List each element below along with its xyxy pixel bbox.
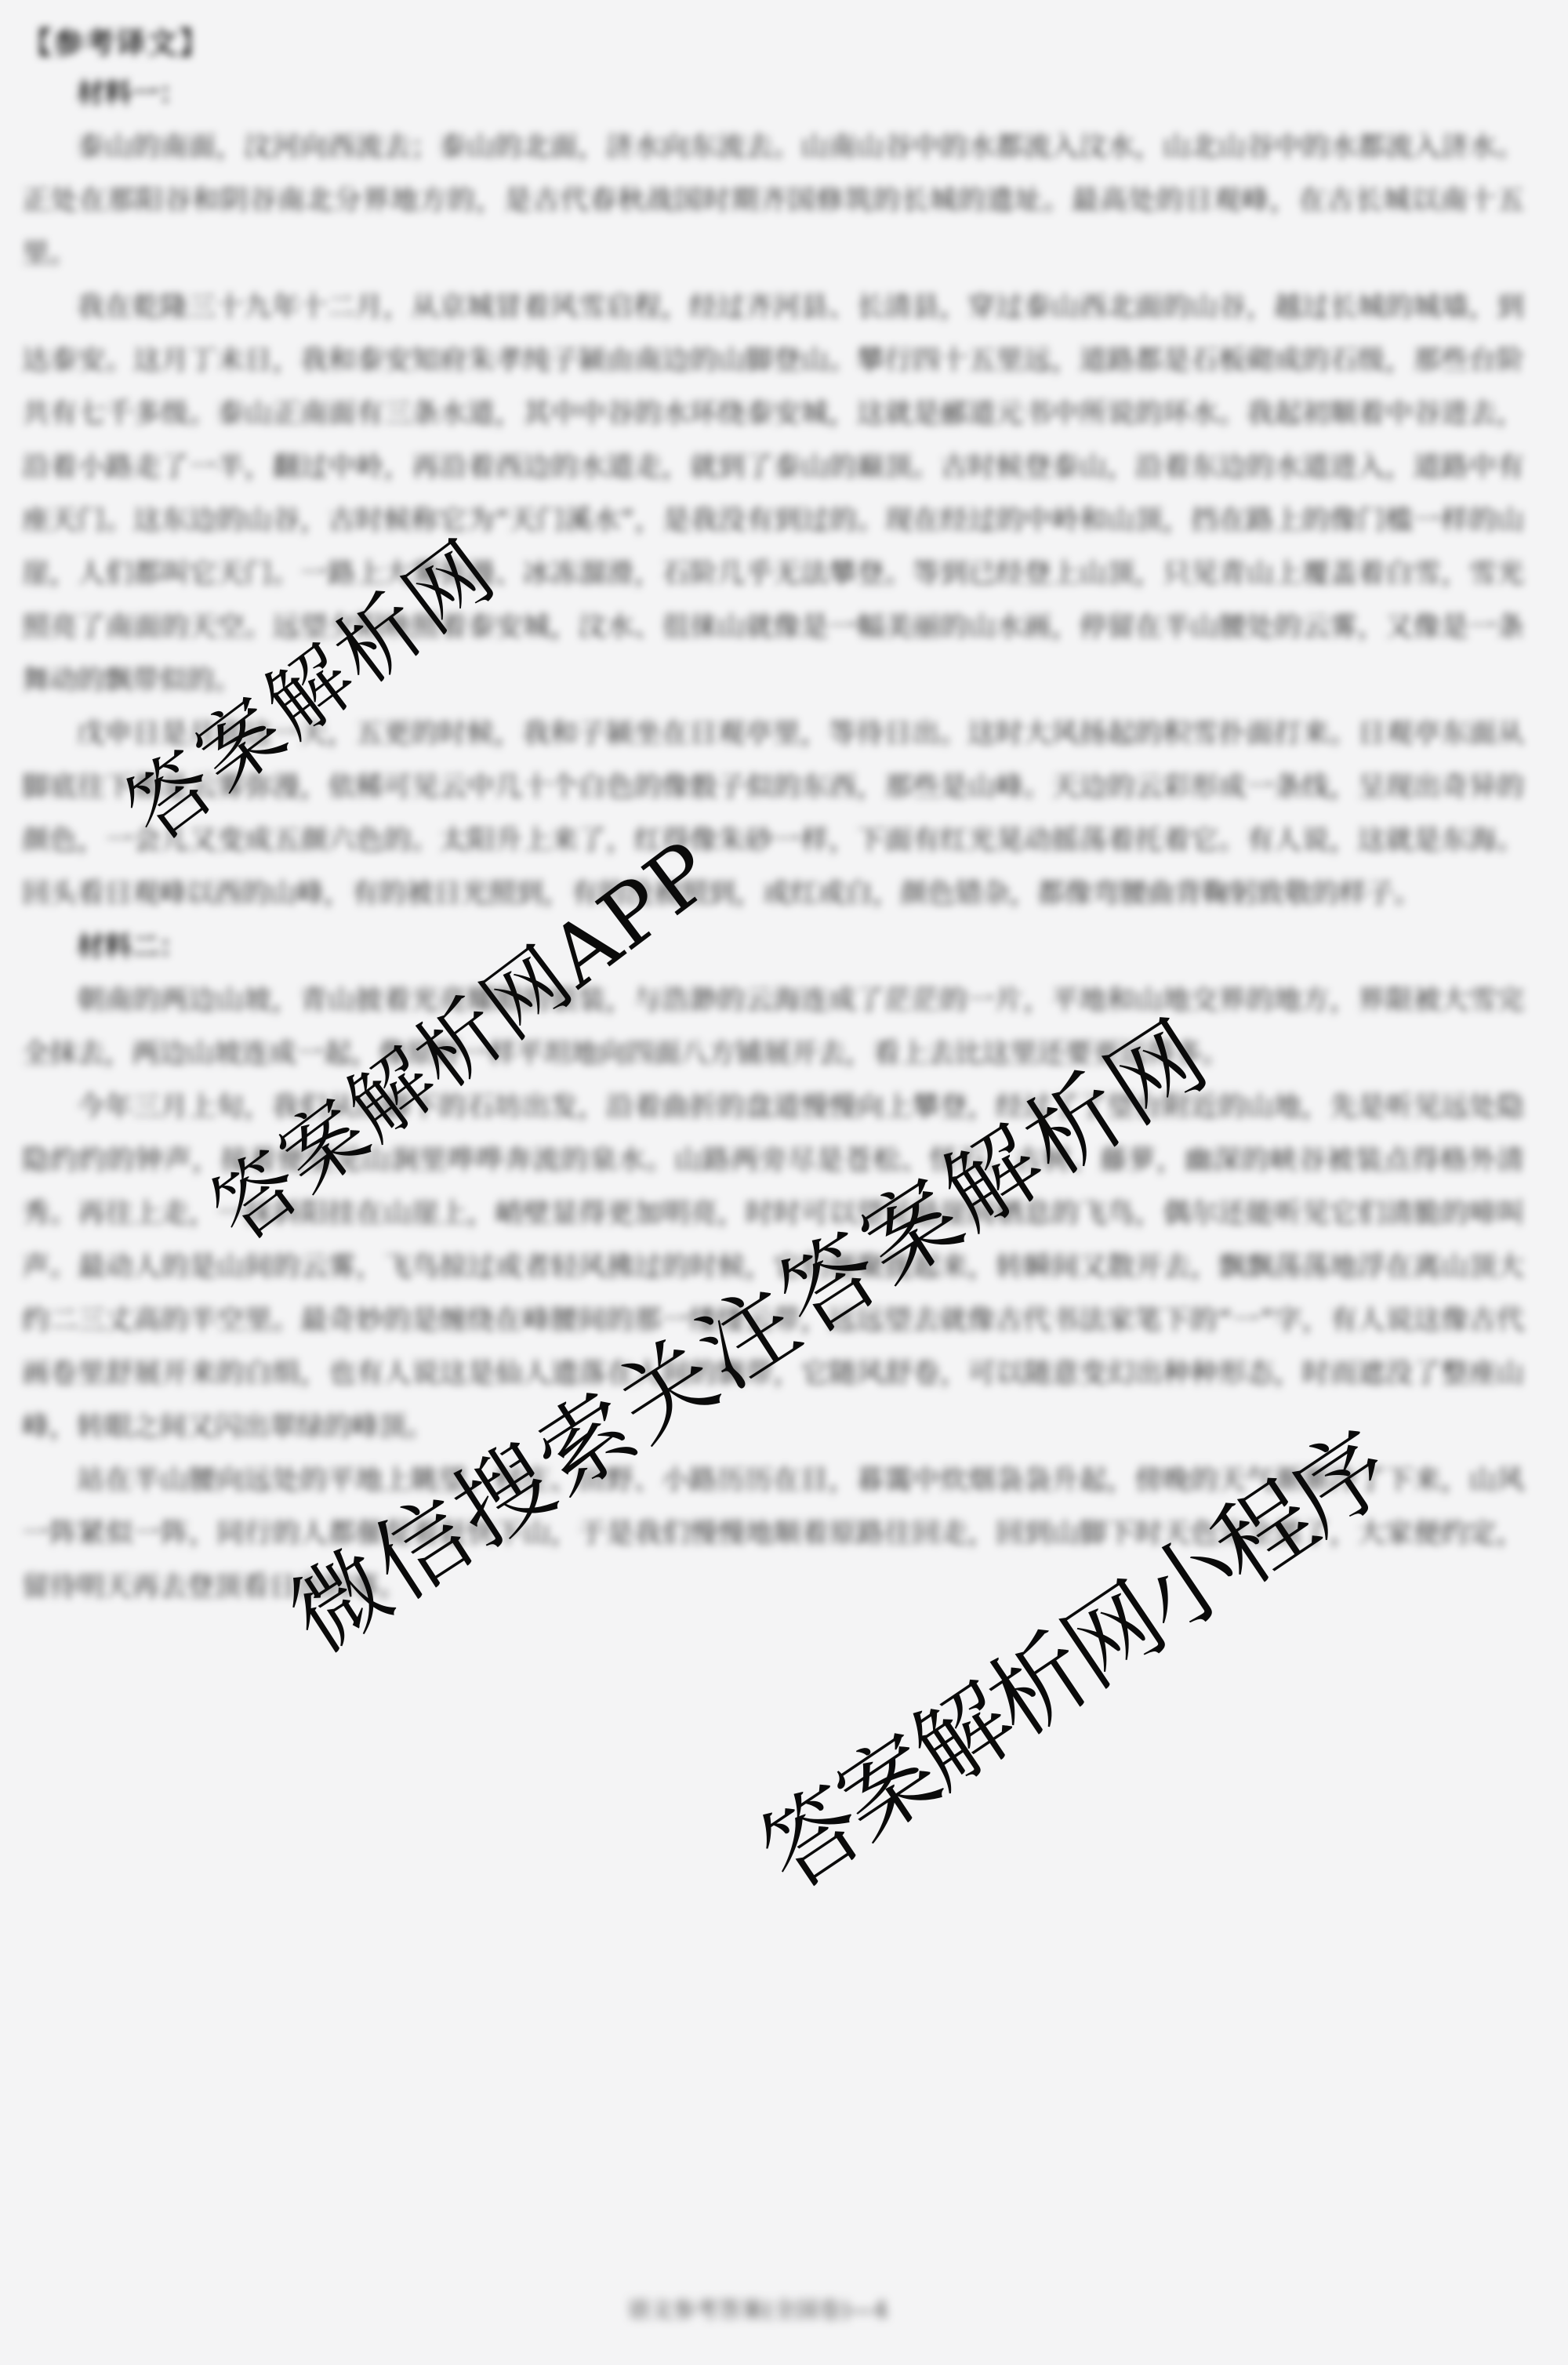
material-2-label: 材料二： (22, 921, 1524, 974)
material-1-paragraph-1: 泰山的南面，汶河向西流去；泰山的北面，济水向东流去。山南山谷中的水都流入汶水，山… (22, 121, 1524, 281)
page-footer: 语文参考答案(全国卷)—4 (628, 2293, 889, 2324)
answer-key-page: { "page": { "background_color": "#f4f4f5… (0, 0, 1568, 2365)
material-1-paragraph-2: 我在乾隆三十九年十二月，从京城冒着风雪启程，经过齐河县、长清县，穿过泰山西北面的… (22, 281, 1524, 707)
material-2-paragraph-1: 朝南的两边山坡，青山披着光亮耀眼的银装，与浩渺的云海连成了茫茫的一片，平地和山地… (22, 974, 1524, 1081)
reference-translation-header: 【参考译文】 (22, 24, 1524, 63)
material-1-label: 材料一： (22, 67, 1524, 121)
